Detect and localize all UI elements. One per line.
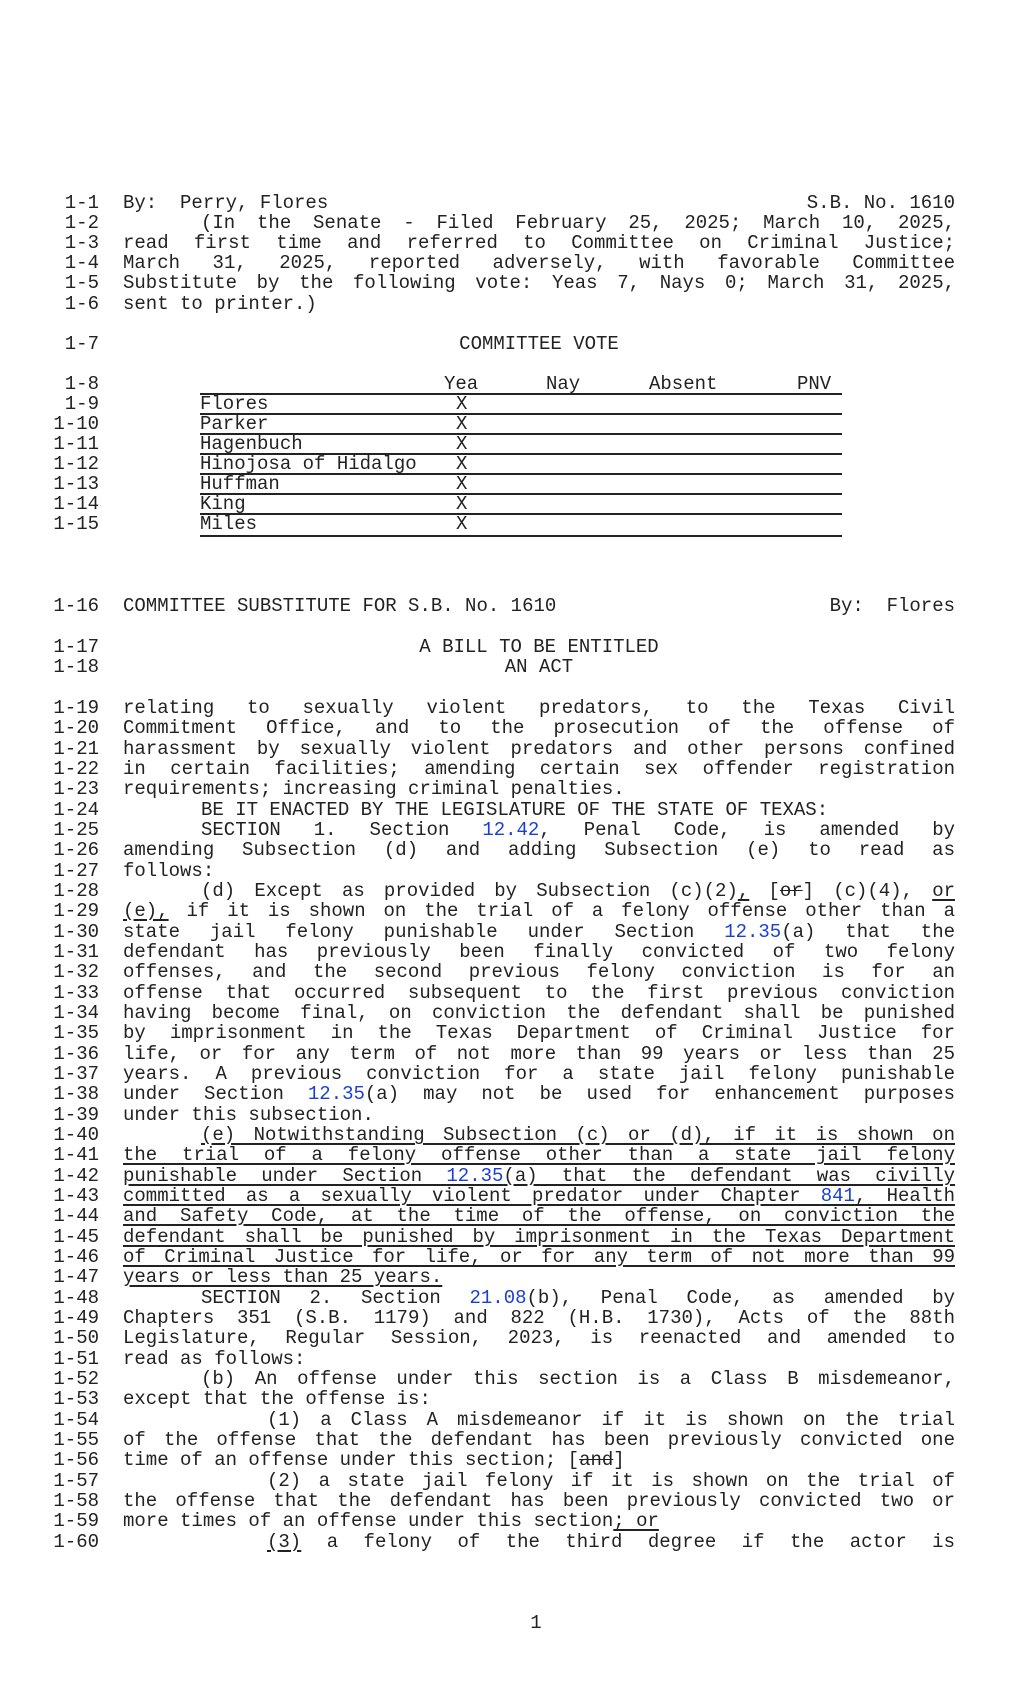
caption-line: Commitment Office, and to the prosecutio… <box>123 718 955 738</box>
section1-line: of Criminal Justice for life, or for any… <box>123 1247 955 1267</box>
committee-vote-title: COMMITTEE VOTE <box>123 334 955 354</box>
line-number: 1-29 <box>0 901 99 921</box>
member-name: Hinojosa of Hidalgo <box>200 455 417 474</box>
section1-line: by imprisonment in the Texas Department … <box>123 1023 955 1043</box>
line-number: 1-44 <box>0 1206 99 1226</box>
line-number: 1-27 <box>0 861 99 881</box>
line-number: 1-15 <box>0 514 99 534</box>
line-number: 1-24 <box>0 800 99 820</box>
vote-row: Parker X <box>200 413 842 435</box>
member-name: Parker <box>200 415 268 434</box>
section1-line: SECTION 1. Section 12.42, Penal Code, is… <box>123 820 955 840</box>
line-number: 1-32 <box>0 962 99 982</box>
vote-row: Hinojosa of Hidalgo X <box>200 453 842 475</box>
line-number: 1-42 <box>0 1166 99 1186</box>
line-number: 1-48 <box>0 1288 99 1308</box>
line-number: 1-7 <box>0 334 99 354</box>
line-number: 1-23 <box>0 779 99 799</box>
line-number: 1-46 <box>0 1247 99 1267</box>
line-number: 1-34 <box>0 1003 99 1023</box>
section2-line: read as follows: <box>123 1349 955 1369</box>
line-number: 1-16 <box>0 596 99 616</box>
inserted-text: or <box>932 880 955 902</box>
member-name: King <box>200 495 246 514</box>
section1-line: offenses, and the second previous felony… <box>123 962 955 982</box>
history-line: Substitute by the following vote: Yeas 7… <box>123 273 955 293</box>
section1-line: and Safety Code, at the time of the offe… <box>123 1206 955 1226</box>
line-number: 1-55 <box>0 1430 99 1450</box>
vote-row: Huffman X <box>200 473 842 495</box>
substitute-title: COMMITTEE SUBSTITUTE FOR S.B. No. 1610 <box>123 596 556 616</box>
inserted-text: , <box>738 880 749 902</box>
section1-line: years or less than 25 years. <box>123 1267 955 1287</box>
yea-mark: X <box>456 415 467 434</box>
section-link-12-35[interactable]: 12.35 <box>308 1083 365 1105</box>
yea-mark: X <box>456 475 467 494</box>
line-number: 1-31 <box>0 942 99 962</box>
inserted-text: (e), <box>123 900 169 922</box>
line-number: 1-51 <box>0 1349 99 1369</box>
bill-title-line1: A BILL TO BE ENTITLED <box>123 637 955 657</box>
section-link-12-42[interactable]: 12.42 <box>482 819 539 841</box>
line-number: 1-12 <box>0 454 99 474</box>
line-number: 1-4 <box>0 253 99 273</box>
line-number: 1-36 <box>0 1044 99 1064</box>
inserted-text: the trial of a felony offense other than… <box>123 1144 955 1166</box>
history-line: sent to printer.) <box>123 294 955 314</box>
section2-line: (b) An offense under this section is a C… <box>123 1369 955 1389</box>
line-number: 1-56 <box>0 1450 99 1470</box>
member-name: Huffman <box>200 475 280 494</box>
line-number: 1-17 <box>0 637 99 657</box>
vote-row: King X <box>200 493 842 515</box>
line-number: 1-30 <box>0 922 99 942</box>
section2-line: (3) a felony of the third degree if the … <box>123 1532 955 1552</box>
line-number: 1-52 <box>0 1369 99 1389</box>
history-line: March 31, 2025, reported adversely, with… <box>123 253 955 273</box>
section1-line: years. A previous conviction for a state… <box>123 1064 955 1084</box>
line-number: 1-38 <box>0 1084 99 1104</box>
enacting-clause: BE IT ENACTED BY THE LEGISLATURE OF THE … <box>123 800 955 820</box>
section1-line: under this subsection. <box>123 1105 955 1125</box>
section1-line: life, or for any term of not more than 9… <box>123 1044 955 1064</box>
line-number: 1-41 <box>0 1145 99 1165</box>
inserted-text: (3) <box>267 1531 301 1553</box>
yea-mark: X <box>456 495 467 514</box>
section2-line: (1) a Class A misdemeanor if it is shown… <box>123 1410 955 1430</box>
section2-line: Legislature, Regular Session, 2023, is r… <box>123 1328 955 1348</box>
section1-line: (d) Except as provided by Subsection (c)… <box>123 881 955 901</box>
section2-line: except that the offense is: <box>123 1389 955 1409</box>
line-number: 1-28 <box>0 881 99 901</box>
section1-line: state jail felony punishable under Secti… <box>123 922 955 942</box>
line-number: 1-50 <box>0 1328 99 1348</box>
section1-line: under Section 12.35(a) may not be used f… <box>123 1084 955 1104</box>
line-number: 1-1 <box>0 193 99 213</box>
bill-page: 1-1 1-2 1-3 1-4 1-5 1-6 1-7 1-8 1-9 1-10… <box>0 0 1024 1687</box>
line-number: 1-58 <box>0 1491 99 1511</box>
vote-row: Miles X <box>200 513 842 537</box>
line-number: 1-10 <box>0 414 99 434</box>
bill-number: S.B. No. 1610 <box>807 193 955 213</box>
member-name: Flores <box>200 395 268 414</box>
section1-line: defendant shall be punished by imprisonm… <box>123 1227 955 1247</box>
member-name: Miles <box>200 515 257 534</box>
line-number: 1-20 <box>0 718 99 738</box>
line-number: 1-39 <box>0 1105 99 1125</box>
section1-line: follows: <box>123 861 955 881</box>
inserted-text: (e) Notwithstanding Subsection (c) or (d… <box>201 1124 955 1146</box>
bill-title-line2: AN ACT <box>123 657 955 677</box>
line-number: 1-53 <box>0 1389 99 1409</box>
yea-mark: X <box>456 455 467 474</box>
section1-line: committed as a sexually violent predator… <box>123 1186 955 1206</box>
line-number: 1-21 <box>0 739 99 759</box>
section1-line: amending Subsection (d) and adding Subse… <box>123 840 955 860</box>
line-number: 1-60 <box>0 1532 99 1552</box>
history-line: read first time and referred to Committe… <box>123 233 955 253</box>
column-header-yea: Yea <box>444 374 478 394</box>
caption-line: in certain facilities; amending certain … <box>123 759 955 779</box>
line-number: 1-18 <box>0 657 99 677</box>
section-link-12-35[interactable]: 12.35 <box>724 921 781 943</box>
vote-row: Flores X <box>200 393 842 415</box>
section2-line: Chapters 351 (S.B. 1179) and 822 (H.B. 1… <box>123 1308 955 1328</box>
inserted-text: ; or <box>613 1510 659 1532</box>
line-number: 1-37 <box>0 1064 99 1084</box>
line-number: 1-19 <box>0 698 99 718</box>
section-link-21-08[interactable]: 21.08 <box>470 1287 527 1309</box>
line-number: 1-9 <box>0 394 99 414</box>
bill-header: By: Perry, Flores S.B. No. 1610 <box>123 193 955 213</box>
line-number: 1-45 <box>0 1227 99 1247</box>
member-name: Hagenbuch <box>200 435 303 454</box>
yea-mark: X <box>456 515 467 534</box>
caption-line: relating to sexually violent predators, … <box>123 698 955 718</box>
line-number: 1-22 <box>0 759 99 779</box>
section-link-12-35[interactable]: 12.35 <box>446 1165 503 1187</box>
inserted-text: defendant shall be punished by imprisonm… <box>123 1226 955 1248</box>
section1-line: (e), if it is shown on the trial of a fe… <box>123 901 955 921</box>
line-number: 1-40 <box>0 1125 99 1145</box>
page-number: 1 <box>0 1612 1024 1634</box>
section1-line: (e) Notwithstanding Subsection (c) or (d… <box>123 1125 955 1145</box>
caption-line: requirements; increasing criminal penalt… <box>123 779 955 799</box>
section2-line: more times of an offense under this sect… <box>123 1511 955 1531</box>
line-number: 1-54 <box>0 1410 99 1430</box>
section2-line: SECTION 2. Section 21.08(b), Penal Code,… <box>123 1288 955 1308</box>
section2-line: time of an offense under this section; [… <box>123 1450 955 1470</box>
authors: By: Perry, Flores <box>123 193 328 213</box>
section1-line: having become final, on conviction the d… <box>123 1003 955 1023</box>
line-number: 1-11 <box>0 434 99 454</box>
chapter-link-841[interactable]: 841 <box>821 1185 855 1207</box>
section1-line: the trial of a felony offense other than… <box>123 1145 955 1165</box>
inserted-text: committed as a sexually violent predator… <box>123 1185 955 1207</box>
line-number: 1-57 <box>0 1471 99 1491</box>
line-number: 1-47 <box>0 1267 99 1287</box>
vote-row: Hagenbuch X <box>200 433 842 455</box>
column-header-absent: Absent <box>649 374 717 394</box>
caption-line: harassment by sexually violent predators… <box>123 739 955 759</box>
line-number: 1-33 <box>0 983 99 1003</box>
line-number: 1-8 <box>0 374 99 394</box>
line-number: 1-6 <box>0 294 99 314</box>
deleted-text: or <box>780 880 803 902</box>
inserted-text: and Safety Code, at the time of the offe… <box>123 1205 955 1227</box>
line-number: 1-14 <box>0 494 99 514</box>
substitute-by: By: Flores <box>830 596 955 616</box>
inserted-text: punishable under Section 12.35(a) that t… <box>123 1165 955 1187</box>
deleted-text: and <box>579 1449 613 1471</box>
column-header-pnv: PNV <box>797 374 831 394</box>
substitute-header: COMMITTEE SUBSTITUTE FOR S.B. No. 1610 B… <box>123 596 955 616</box>
line-number: 1-13 <box>0 474 99 494</box>
section1-line: defendant has previously been finally co… <box>123 942 955 962</box>
inserted-text: of Criminal Justice for life, or for any… <box>123 1246 955 1268</box>
line-number: 1-5 <box>0 273 99 293</box>
line-number: 1-49 <box>0 1308 99 1328</box>
yea-mark: X <box>456 395 467 414</box>
history-line: (In the Senate - Filed February 25, 2025… <box>123 213 955 233</box>
section2-line: of the offense that the defendant has be… <box>123 1430 955 1450</box>
line-number: 1-2 <box>0 213 99 233</box>
line-number: 1-26 <box>0 840 99 860</box>
inserted-text: years or less than 25 years. <box>123 1266 442 1288</box>
line-number: 1-25 <box>0 820 99 840</box>
section2-line: (2) a state jail felony if it is shown o… <box>123 1471 955 1491</box>
section1-line: offense that occurred subsequent to the … <box>123 983 955 1003</box>
line-number: 1-3 <box>0 233 99 253</box>
line-number: 1-35 <box>0 1023 99 1043</box>
line-number: 1-59 <box>0 1511 99 1531</box>
section1-line: punishable under Section 12.35(a) that t… <box>123 1166 955 1186</box>
column-header-nay: Nay <box>546 374 580 394</box>
line-number: 1-43 <box>0 1186 99 1206</box>
yea-mark: X <box>456 435 467 454</box>
section2-line: the offense that the defendant has been … <box>123 1491 955 1511</box>
